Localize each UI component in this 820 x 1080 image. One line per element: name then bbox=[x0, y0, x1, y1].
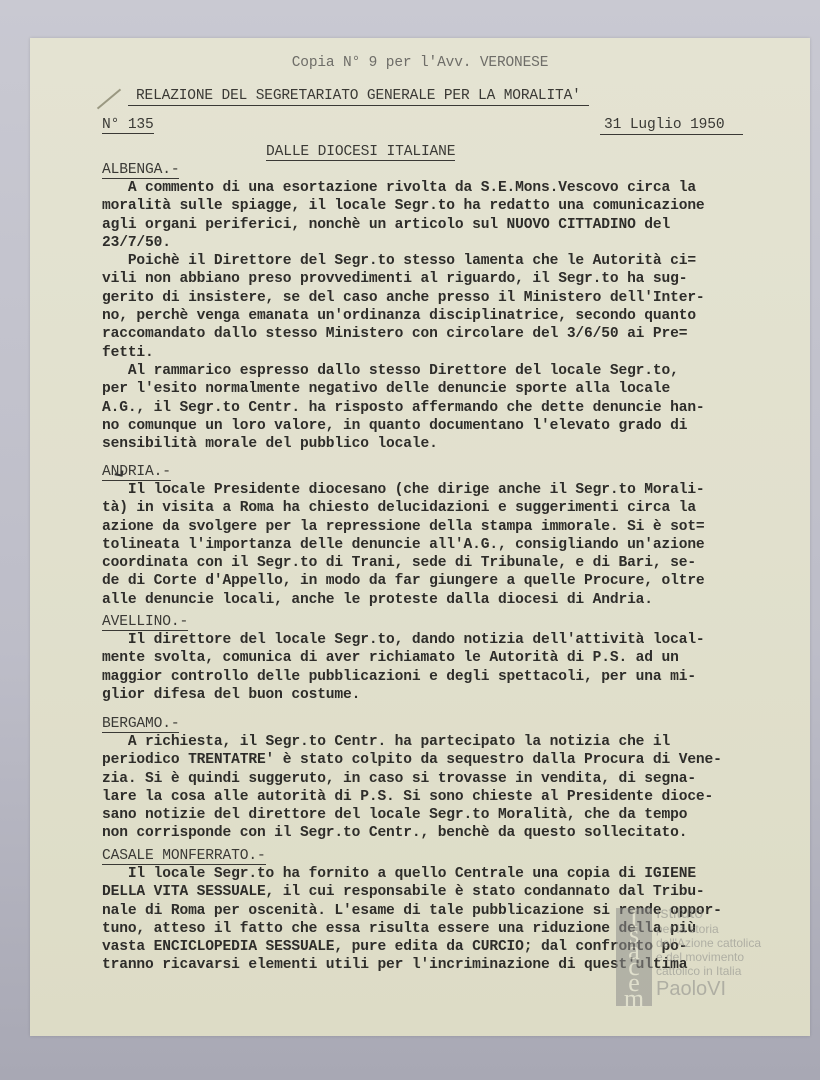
text-line: fetti. bbox=[102, 344, 792, 362]
section-heading: ANDRIA.- bbox=[102, 464, 171, 481]
text-line: mente svolta, comunica di aver richiamat… bbox=[102, 649, 792, 667]
document-title: RELAZIONE DEL SEGRETARIATO GENERALE PER … bbox=[128, 88, 589, 106]
text-line: vili non abbiano preso provvedimenti al … bbox=[102, 270, 792, 288]
text-line: A richiesta, il Segr.to Centr. ha partec… bbox=[102, 733, 792, 751]
section-casale-monferrato: CASALE MONFERRATO.- Il locale Segr.to ha… bbox=[102, 848, 792, 975]
pen-mark bbox=[97, 89, 121, 110]
text-line: Al rammarico espresso dallo stesso Diret… bbox=[102, 362, 792, 380]
text-line: Il locale Presidente diocesano (che diri… bbox=[102, 481, 792, 499]
text-line: coordinata con il Segr.to di Trani, sede… bbox=[102, 554, 792, 572]
text-line: 23/7/50. bbox=[102, 234, 792, 252]
document-page: Copia N° 9 per l'Avv. VERONESE RELAZIONE… bbox=[30, 38, 810, 1036]
text-line: DELLA VITA SESSUALE, il cui responsabile… bbox=[102, 883, 792, 901]
text-line: moralità sulle spiagge, il locale Segr.t… bbox=[102, 197, 792, 215]
text-line: sensibilità morale del pubblico locale. bbox=[102, 435, 792, 453]
section-avellino: AVELLINO.- Il direttore del locale Segr.… bbox=[102, 614, 792, 704]
section-body: Il direttore del locale Segr.to, dando n… bbox=[102, 631, 792, 704]
text-line: A commento di una esortazione rivolta da… bbox=[102, 179, 792, 197]
text-line: no comunque un loro valore, in quanto do… bbox=[102, 417, 792, 435]
section-heading: AVELLINO.- bbox=[102, 614, 188, 631]
section-andria: ANDRIA.- Il locale Presidente diocesano … bbox=[102, 464, 792, 609]
text-line: agli organi periferici, nonchè un artico… bbox=[102, 216, 792, 234]
text-line: non corrisponde con il Segr.to Centr., b… bbox=[102, 824, 792, 842]
text-line: tolineata l'importanza delle denuncie al… bbox=[102, 536, 792, 554]
report-date: 31 Luglio 1950 bbox=[600, 117, 743, 135]
section-body: Il locale Presidente diocesano (che diri… bbox=[102, 481, 792, 609]
text-line: periodico TRENTATRE' è stato colpito da … bbox=[102, 751, 792, 769]
text-line: tà) in visita a Roma ha chiesto delucida… bbox=[102, 499, 792, 517]
text-line: A.G., il Segr.to Centr. ha risposto affe… bbox=[102, 399, 792, 417]
text-line: Il locale Segr.to ha fornito a quello Ce… bbox=[102, 865, 792, 883]
text-line: raccomandato dallo stesso Ministero con … bbox=[102, 325, 792, 343]
section-body: Il locale Segr.to ha fornito a quello Ce… bbox=[102, 865, 792, 975]
text-line: de di Corte d'Appello, in modo da far gi… bbox=[102, 572, 792, 590]
text-line: Poichè il Direttore del Segr.to stesso l… bbox=[102, 252, 792, 270]
text-line: nale di Roma per oscenità. L'esame di ta… bbox=[102, 902, 792, 920]
text-line: maggior controllo delle pubblicazioni e … bbox=[102, 668, 792, 686]
text-line: Il direttore del locale Segr.to, dando n… bbox=[102, 631, 792, 649]
text-line: tranno ricavarsi elementi utili per l'in… bbox=[102, 956, 792, 974]
section-heading: ALBENGA.- bbox=[102, 162, 179, 179]
text-line: vasta ENCICLOPEDIA SESSUALE, pure edita … bbox=[102, 938, 792, 956]
section-albenga: ALBENGA.- A commento di una esortazione … bbox=[102, 162, 792, 453]
text-line: tuno, atteso il fatto che essa risulta e… bbox=[102, 920, 792, 938]
text-line: glior difesa del buon costume. bbox=[102, 686, 792, 704]
text-line: lare la cosa alle autorità di P.S. Si so… bbox=[102, 788, 792, 806]
report-number: N° 135 bbox=[102, 117, 154, 134]
text-line: per l'esito normalmente negativo delle d… bbox=[102, 380, 792, 398]
text-line: zia. Si è quindi suggeruto, in caso si t… bbox=[102, 770, 792, 788]
copy-note: Copia N° 9 per l'Avv. VERONESE bbox=[30, 55, 810, 71]
text-line: alle denuncie locali, anche le proteste … bbox=[102, 591, 792, 609]
text-line: azione da svolgere per la repressione de… bbox=[102, 518, 792, 536]
section-body: A richiesta, il Segr.to Centr. ha partec… bbox=[102, 733, 792, 843]
section-heading: CASALE MONFERRATO.- bbox=[102, 848, 266, 865]
text-line: no, perchè venga emanata un'ordinanza di… bbox=[102, 307, 792, 325]
section-heading: BERGAMO.- bbox=[102, 716, 179, 733]
section-subtitle: DALLE DIOCESI ITALIANE bbox=[266, 144, 455, 161]
text-line: gerito di insistere, se del caso anche p… bbox=[102, 289, 792, 307]
text-line: sano notizie del direttore del locale Se… bbox=[102, 806, 792, 824]
section-body: A commento di una esortazione rivolta da… bbox=[102, 179, 792, 453]
section-bergamo: BERGAMO.- A richiesta, il Segr.to Centr.… bbox=[102, 716, 792, 843]
